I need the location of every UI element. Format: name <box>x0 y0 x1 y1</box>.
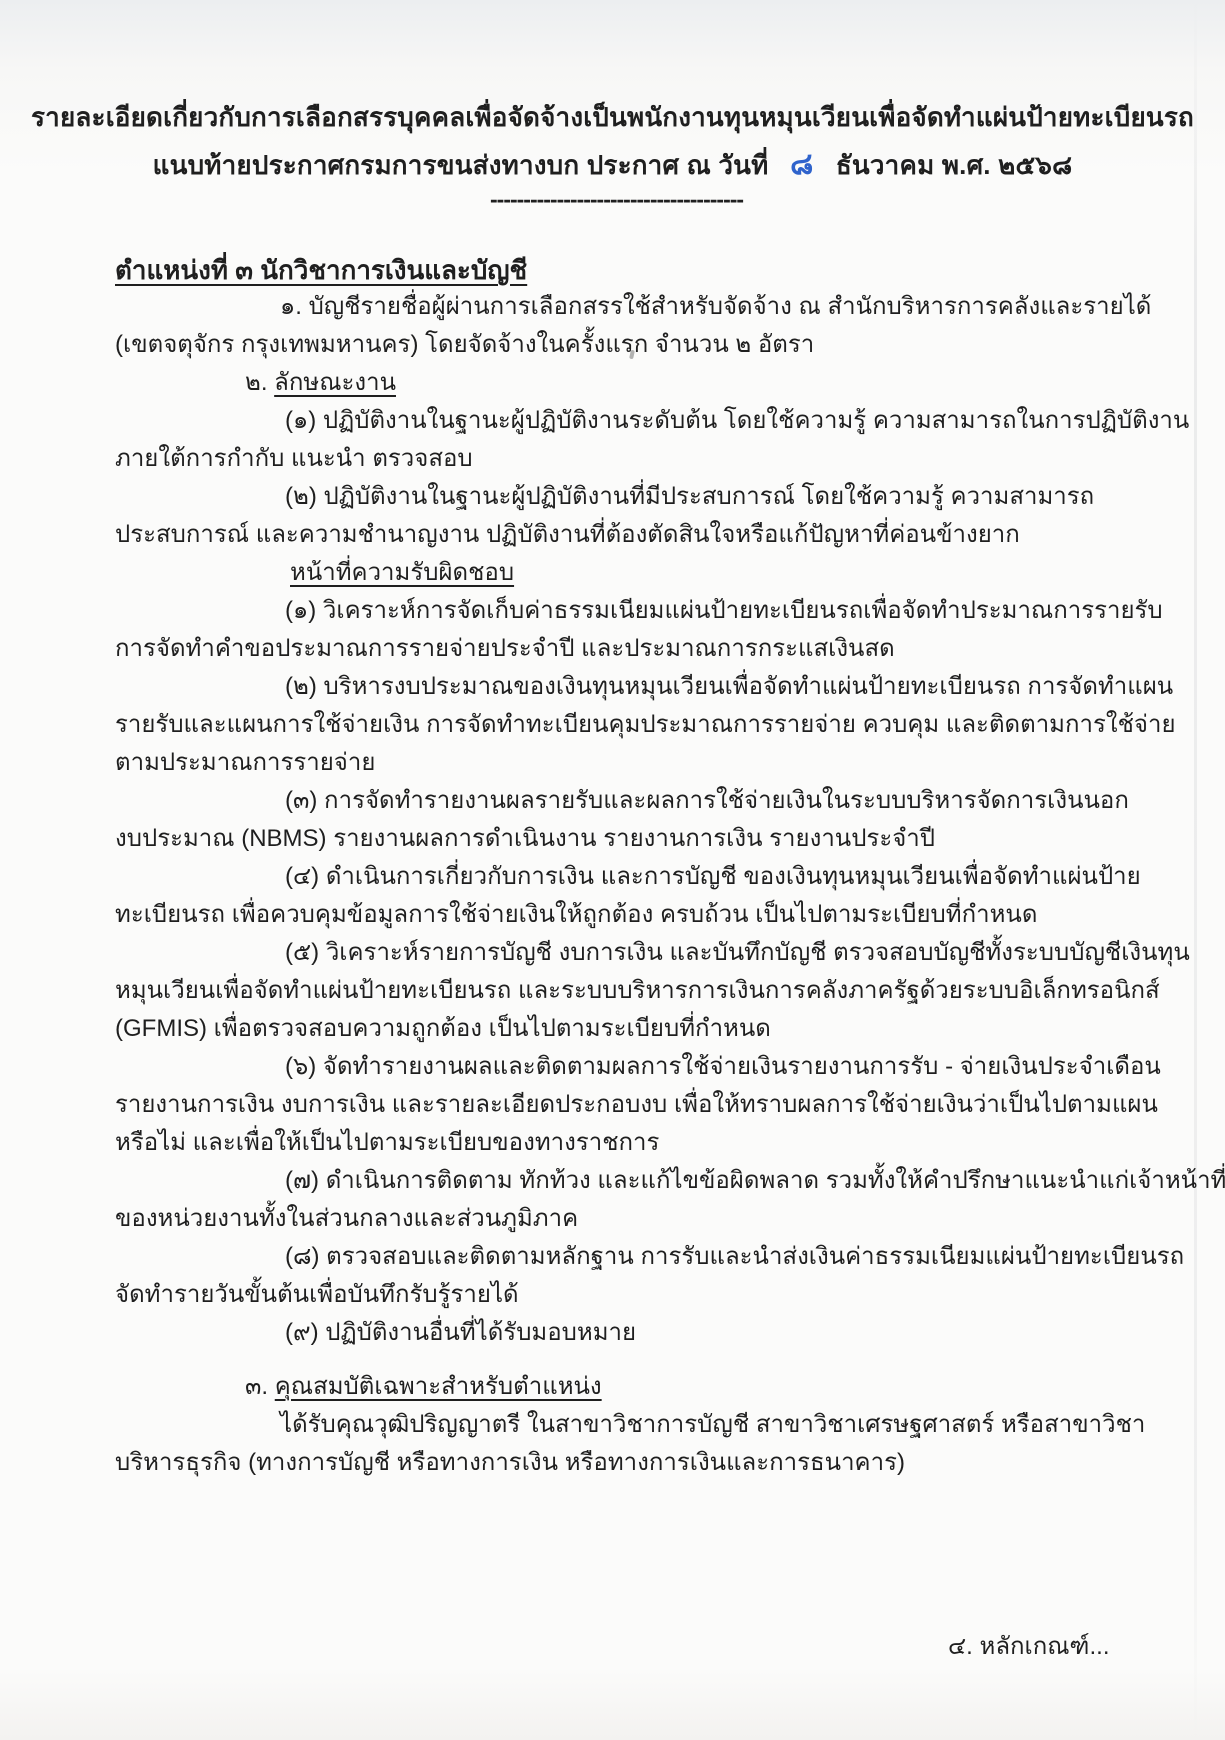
section-title: คุณสมบัติเฉพาะสำหรับตำแหน่ง <box>275 1373 602 1400</box>
document-line: (GFMIS) เพื่อตรวจสอบความถูกต้อง เป็นไปตา… <box>115 1010 1125 1048</box>
document-line: หรือไม่ และเพื่อให้เป็นไปตามระเบียบของทา… <box>115 1124 1125 1162</box>
document-line: ประสบการณ์ และความชำนาญงาน ปฏิบัติงานที่… <box>115 516 1125 554</box>
section-number: ๓. <box>245 1373 275 1400</box>
title-line-1: รายละเอียดเกี่ยวกับการเลือกสรรบุคคลเพื่อ… <box>0 94 1225 141</box>
document-line: (๘) ตรวจสอบและติดตามหลักฐาน การรับและนำส… <box>115 1238 1125 1276</box>
document-line: ของหน่วยงานทั้งในส่วนกลางและส่วนภูมิภาค <box>115 1200 1125 1238</box>
document-line: (๖) จัดทำรายงานผลและติดตามผลการใช้จ่ายเง… <box>115 1048 1125 1086</box>
document-line: ทะเบียนรถ เพื่อควบคุมข้อมูลการใช้จ่ายเงิ… <box>115 896 1125 934</box>
scan-edge-shadow <box>1194 0 1197 1740</box>
document-line: (๔) ดำเนินการเกี่ยวกับการเงิน และการบัญช… <box>115 858 1125 896</box>
document-line: (๒) บริหารงบประมาณของเงินทุนหมุนเวียนเพื… <box>115 668 1125 706</box>
document-line: จัดทำรายวันขั้นต้นเพื่อบันทึกรับรู้รายได… <box>115 1276 1125 1314</box>
section-heading-qualifications: ๓. คุณสมบัติเฉพาะสำหรับตำแหน่ง <box>115 1368 1125 1406</box>
title-line-2-suffix: ธันวาคม พ.ศ. ๒๕๖๘ <box>836 150 1073 180</box>
position-heading: ตำแหน่งที่ ๓ นักวิชาการเงินและบัญชี <box>115 250 527 291</box>
document-line: งบประมาณ (NBMS) รายงานผลการดำเนินงาน ราย… <box>115 820 1125 858</box>
document-title: รายละเอียดเกี่ยวกับการเลือกสรรบุคคลเพื่อ… <box>0 94 1225 189</box>
page-continuation-note: ๔. หลักเกณฑ์... <box>948 1626 1109 1665</box>
section-number: ๒. <box>245 369 274 396</box>
document-line: (๒) ปฏิบัติงานในฐานะผู้ปฏิบัติงานที่มีปร… <box>115 478 1125 516</box>
section-heading-responsibilities: หน้าที่ความรับผิดชอบ <box>115 554 1125 592</box>
document-line: รายรับและแผนการใช้จ่ายเงิน การจัดทำทะเบี… <box>115 706 1125 744</box>
handwritten-date-numeral: ๘ <box>789 140 815 188</box>
document-body: ๑. บัญชีรายชื่อผู้ผ่านการเลือกสรรใช้สำหร… <box>115 288 1125 1482</box>
document-line: ภายใต้การกำกับ แนะนำ ตรวจสอบ <box>115 440 1125 478</box>
document-line: การจัดทำคำขอประมาณการรายจ่ายประจำปี และป… <box>115 630 1125 668</box>
document-line: (๕) วิเคราะห์รายการบัญชี งบการเงิน และบั… <box>115 934 1125 972</box>
document-line: ได้รับคุณวุฒิปริญญาตรี ในสาขาวิชาการบัญช… <box>115 1406 1125 1444</box>
document-line: (๑) ปฏิบัติงานในฐานะผู้ปฏิบัติงานระดับต้… <box>115 402 1125 440</box>
document-line: ตามประมาณการรายจ่าย <box>115 744 1125 782</box>
title-line-2-prefix: แนบท้ายประกาศกรมการขนส่งทางบก ประกาศ ณ ว… <box>153 150 769 180</box>
document-line: (๑) วิเคราะห์การจัดเก็บค่าธรรมเนียมแผ่นป… <box>115 592 1125 630</box>
document-line: บริหารธุรกิจ (ทางการบัญชี หรือทางการเงิน… <box>115 1444 1125 1482</box>
scanned-document-page: { "document": { "title_line1": "รายละเอี… <box>0 0 1225 1740</box>
dashed-separator: -------------------------------------- <box>490 186 743 213</box>
document-line: (เขตจตุจักร กรุงเทพมหานคร) โดยจัดจ้างในค… <box>115 326 1125 364</box>
document-line: ๑. บัญชีรายชื่อผู้ผ่านการเลือกสรรใช้สำหร… <box>115 288 1125 326</box>
title-line-2: แนบท้ายประกาศกรมการขนส่งทางบก ประกาศ ณ ว… <box>0 141 1225 189</box>
document-line: (๓) การจัดทำรายงานผลรายรับและผลการใช้จ่า… <box>115 782 1125 820</box>
document-line: หมุนเวียนเพื่อจัดทำแผ่นป้ายทะเบียนรถ และ… <box>115 972 1125 1010</box>
document-line: (๙) ปฏิบัติงานอื่นที่ได้รับมอบหมาย <box>115 1314 1125 1352</box>
section-title: ลักษณะงาน <box>274 369 396 396</box>
section-heading-characteristics: ๒. ลักษณะงาน <box>115 364 1125 402</box>
document-line: (๗) ดำเนินการติดตาม ทักท้วง และแก้ไขข้อผ… <box>115 1162 1125 1200</box>
document-line: รายงานการเงิน งบการเงิน และรายละเอียดประ… <box>115 1086 1125 1124</box>
